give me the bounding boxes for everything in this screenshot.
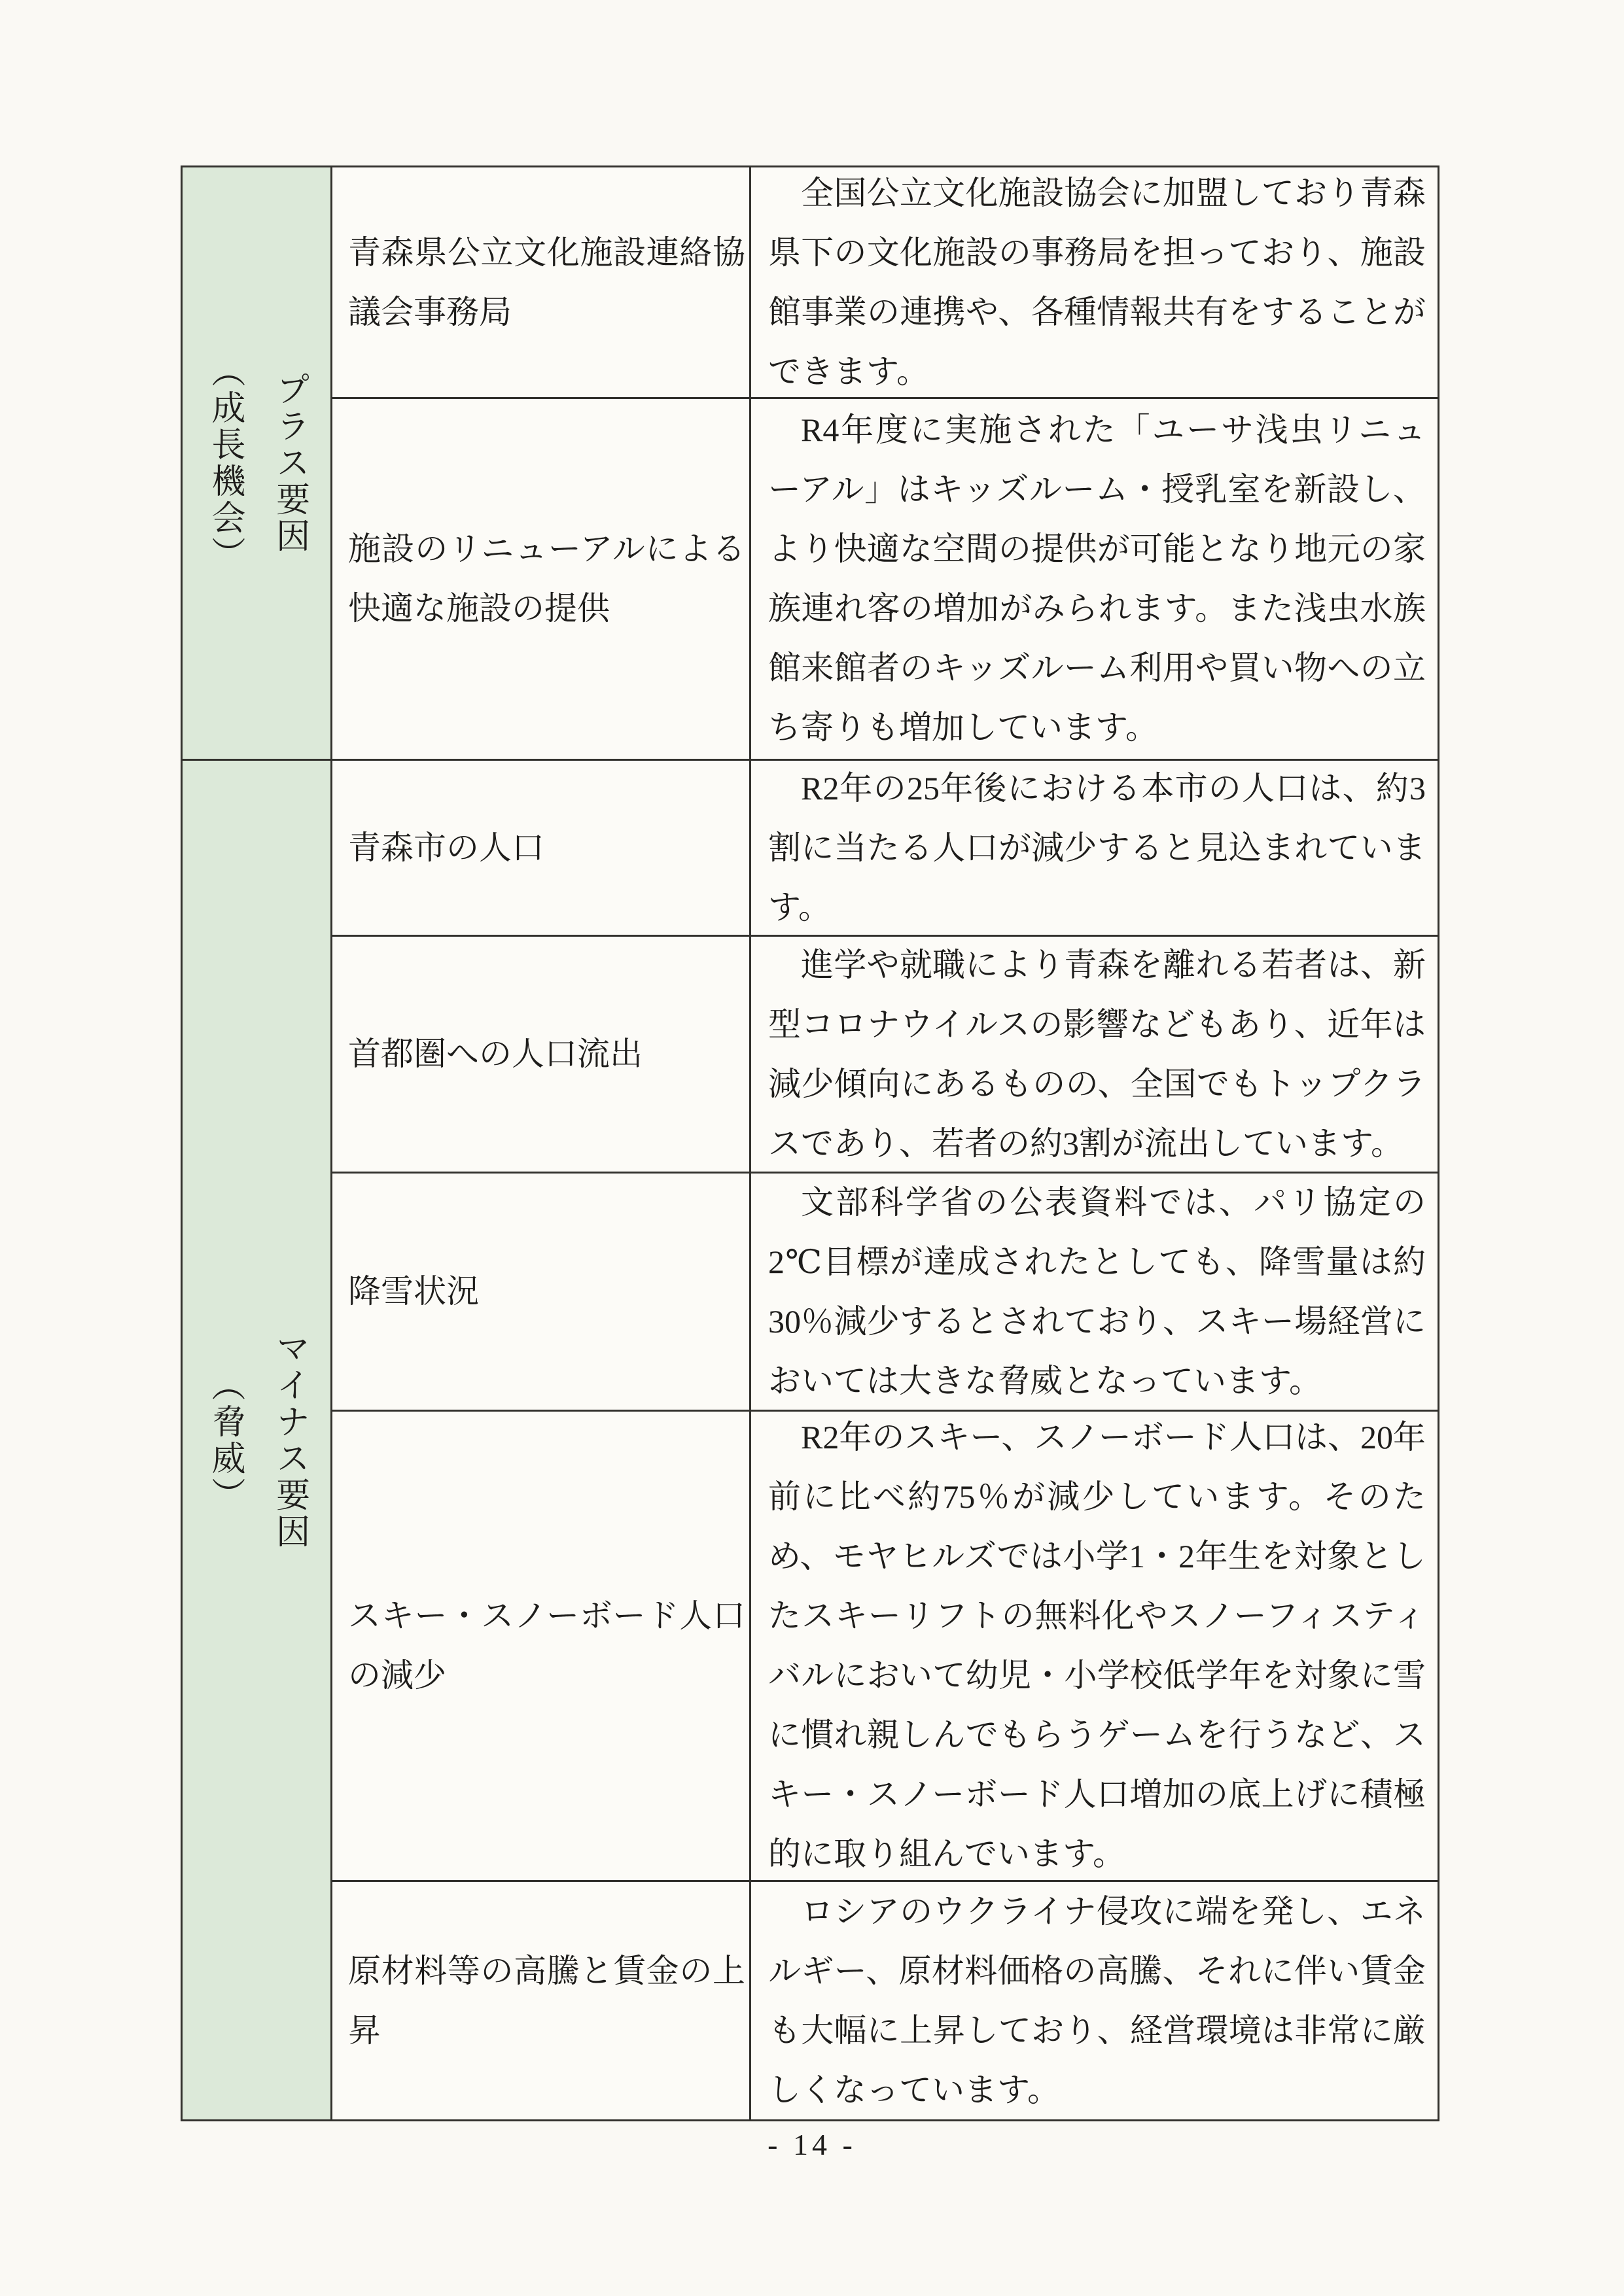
- description-text: R2年のスキー、スノーボード人口は、20年前に比べ約75％が減少しています。その…: [768, 1412, 1426, 1880]
- description-cell-facility-renewal: R4年度に実施された「ユーサ浅虫リニューアル」はキッズルーム・授乳室を新設し、よ…: [751, 399, 1438, 759]
- topic-label: 原材料等の高騰と賃金の上昇: [348, 1941, 745, 2061]
- category-cell-minus-factors: マイナス要因 （脅威）: [183, 761, 330, 2119]
- description-text: ロシアのウクライナ侵攻に端を発し、エネルギー、原材料価格の高騰、それに伴い賃金も…: [768, 1882, 1426, 2119]
- topic-label: 施設のリニューアルによる快適な施設の提供: [348, 519, 745, 638]
- category-sublabel: （成長機会）: [206, 353, 242, 573]
- document-page: プラス要因 （成長機会） 青森県公立文化施設連絡協議会事務局 全国公立文化施設協…: [0, 0, 1624, 2296]
- topic-cell-facility-renewal: 施設のリニューアルによる快適な施設の提供: [332, 399, 749, 759]
- topic-cell-population-outflow: 首都圏への人口流出: [332, 937, 749, 1172]
- topic-cell-ski-snowboard-decline: スキー・スノーボード人口の減少: [332, 1412, 749, 1880]
- topic-label: 青森市の人口: [348, 818, 745, 878]
- description-cell-snowfall-conditions: 文部科学省の公表資料では、パリ協定の2℃目標が達成されたとしても、降雪量は約30…: [751, 1174, 1438, 1410]
- category-cell-plus-factors: プラス要因 （成長機会）: [183, 167, 330, 759]
- topic-cell-aomori-population: 青森市の人口: [332, 761, 749, 935]
- description-cell-population-outflow: 進学や就職により青森を離れる若者は、新型コロナウイルスの影響などもあり、近年は減…: [751, 937, 1438, 1172]
- description-text: 文部科学省の公表資料では、パリ協定の2℃目標が達成されたとしても、降雪量は約30…: [768, 1174, 1426, 1410]
- description-cell-ski-snowboard-decline: R2年のスキー、スノーボード人口は、20年前に比べ約75％が減少しています。その…: [751, 1412, 1438, 1880]
- topic-label: スキー・スノーボード人口の減少: [348, 1586, 745, 1705]
- description-text: R4年度に実施された「ユーサ浅虫リニューアル」はキッズルーム・授乳室を新設し、よ…: [768, 400, 1426, 757]
- swot-factors-table: プラス要因 （成長機会） 青森県公立文化施設連絡協議会事務局 全国公立文化施設協…: [181, 165, 1439, 2121]
- topic-cell-snowfall-conditions: 降雪状況: [332, 1174, 749, 1410]
- category-label: マイナス要因: [271, 1331, 307, 1550]
- description-text: R2年の25年後における本市の人口は、約3割に当たる人口が減少すると見込まれてい…: [768, 761, 1426, 935]
- description-text: 全国公立文化施設協会に加盟しており青森県下の文化施設の事務局を担っており、施設館…: [768, 167, 1426, 397]
- topic-cell-raw-material-costs: 原材料等の高騰と賃金の上昇: [332, 1882, 749, 2119]
- description-cell-raw-material-costs: ロシアのウクライナ侵攻に端を発し、エネルギー、原材料価格の高騰、それに伴い賃金も…: [751, 1882, 1438, 2119]
- category-sublabel: （脅威）: [206, 1367, 242, 1514]
- page-number: - 14 -: [0, 2127, 1624, 2162]
- topic-label: 青森県公立文化施設連絡協議会事務局: [348, 223, 745, 342]
- description-cell-culture-facility-council: 全国公立文化施設協会に加盟しており青森県下の文化施設の事務局を担っており、施設館…: [751, 167, 1438, 397]
- category-label: プラス要因: [271, 372, 307, 555]
- description-text: 進学や就職により青森を離れる若者は、新型コロナウイルスの影響などもあり、近年は減…: [768, 937, 1426, 1172]
- topic-cell-culture-facility-council: 青森県公立文化施設連絡協議会事務局: [332, 167, 749, 397]
- description-cell-aomori-population: R2年の25年後における本市の人口は、約3割に当たる人口が減少すると見込まれてい…: [751, 761, 1438, 935]
- topic-label: 首都圏への人口流出: [348, 1024, 745, 1084]
- topic-label: 降雪状況: [348, 1262, 745, 1321]
